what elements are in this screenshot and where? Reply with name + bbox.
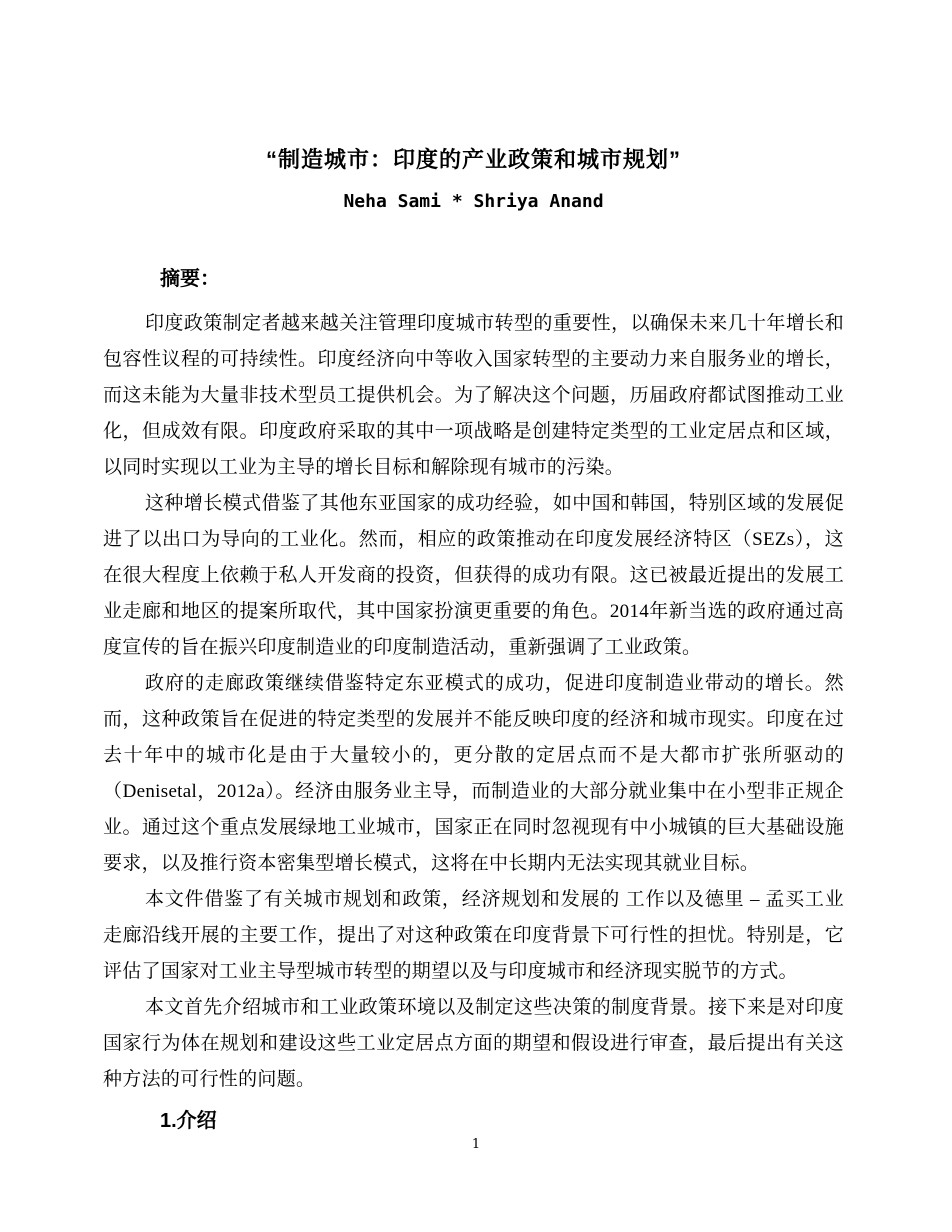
abstract-paragraph-1: 印度政策制定者越来越关注管理印度城市转型的重要性，以确保未来几十年增长和包容性议… — [103, 306, 844, 486]
document-content: “制造城市：印度的产业政策和城市规划” Neha Sami * Shriya A… — [103, 145, 844, 1136]
abstract-paragraph-5: 本文首先介绍城市和工业政策环境以及制定这些决策的制度背景。接下来是对印度国家行为… — [103, 990, 844, 1098]
abstract-paragraph-4: 本文件借鉴了有关城市规划和政策，经济规划和发展的 工作以及德里 – 孟买工业走廊… — [103, 882, 844, 990]
section-heading-introduction: 1.介绍 — [103, 1106, 844, 1136]
abstract-body: 印度政策制定者越来越关注管理印度城市转型的重要性，以确保未来几十年增长和包容性议… — [103, 306, 844, 1098]
paper-title: “制造城市：印度的产业政策和城市规划” — [103, 145, 844, 175]
page-number: 1 — [0, 1136, 952, 1154]
document-page: “制造城市：印度的产业政策和城市规划” Neha Sami * Shriya A… — [0, 0, 952, 1232]
abstract-heading: 摘要： — [103, 265, 844, 293]
paper-authors: Neha Sami * Shriya Anand — [103, 189, 844, 215]
abstract-paragraph-2: 这种增长模式借鉴了其他东亚国家的成功经验，如中国和韩国，特别区域的发展促进了以出… — [103, 486, 844, 666]
abstract-paragraph-3: 政府的走廊政策继续借鉴特定东亚模式的成功，促进印度制造业带动的增长。然而，这种政… — [103, 666, 844, 882]
